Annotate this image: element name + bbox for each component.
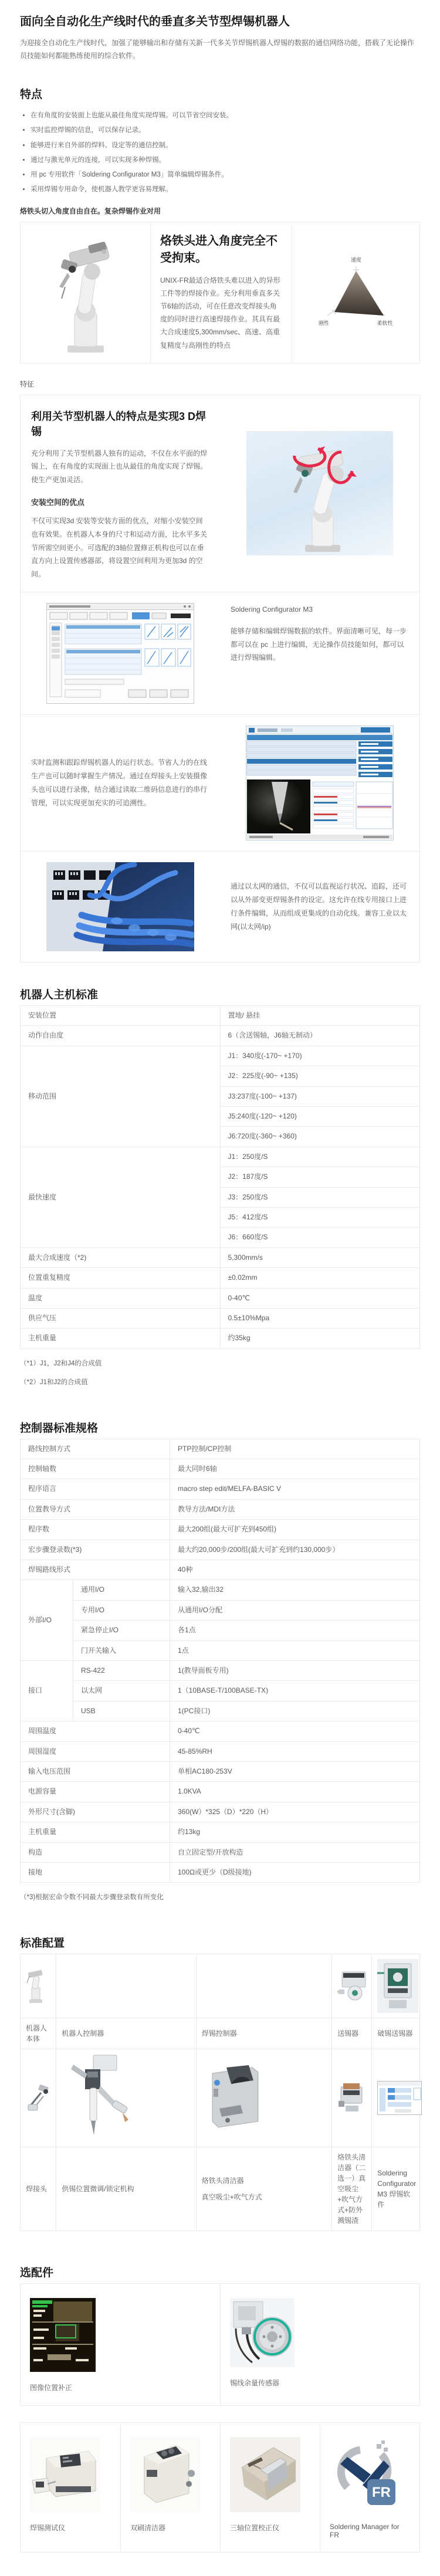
feature-card-body: UNIX-FR最适合烙铁头难以进入的异形工件等的焊接作业。充分利用垂直多关节6轴… <box>160 274 282 352</box>
table-row: 专用I/O从通用I/O分配 <box>21 1600 420 1620</box>
table-row: 焊锡路线形式40种 <box>21 1560 420 1580</box>
option-double-brush-cleaner: 双刷清洁器 <box>120 2423 220 2552</box>
controller-spec-table: 路线控制方式PTP控制/CP控制 控制轴数最大同时6轴 程序语言macro st… <box>20 1439 420 1883</box>
table-row: 周围湿度45-85%RH <box>21 1741 420 1761</box>
monitoring-software-screenshot <box>246 726 394 840</box>
table-row: 主机重量约35kg <box>21 1328 420 1348</box>
feature-bullet: 实时监控焊锡的信息，可以保存记录。 <box>31 126 420 135</box>
robot-spec-table: 安装位置置地/ 悬挂 动作自由度6（含送锡轴，J6轴无制动） 移动范围J1：34… <box>20 1005 420 1349</box>
feature-list: 在有角度的安装面上也能从最佳角度实现焊锡。可以节省空间安装。 实时监控焊锡的信息… <box>31 111 420 195</box>
row1-text: 利用关节型机器人的特点是实现3 D焊锡 充分利用了关节型机器人独有的运动，不仅在… <box>21 395 220 592</box>
table-row: 构造自立固定型/开放构造 <box>21 1842 420 1862</box>
footnote-2: （*2）J1和J2的合成值 <box>20 1377 420 1387</box>
option-caption: 锡线余量传感器 <box>230 2378 410 2388</box>
robot-rotation-photo <box>246 431 393 555</box>
feature-sub-caption: 烙铁头切入角度自由自在。复杂焊锡作业对用 <box>20 206 420 216</box>
characteristics-row-software: Soldering Configurator M3 能够存储和编辑焊锡数据的软件… <box>21 592 419 714</box>
tip-cleaner-2-thumb <box>332 2049 372 2147</box>
row1-p2: 不仅可实现3d 安装等安装方面的优点，对缩小安装空间也有效果。在机器人本身的尺寸… <box>31 514 209 581</box>
table-row <box>21 1954 420 2018</box>
break-solder-feeder-thumb <box>372 1954 420 2018</box>
empty-cell <box>56 1954 196 2018</box>
row1-subheading: 安装空间的优点 <box>31 496 209 507</box>
row3-image-cell <box>220 715 419 851</box>
row3-p1: 实时监测和跟踪焊锡机器人的运行状态。节省人力的在线生产也可以随时掌握生产情况。通… <box>31 756 209 809</box>
row1-title: 利用关节型机器人的特点是实现3 D焊锡 <box>31 408 209 439</box>
features-heading: 特点 <box>20 86 420 101</box>
table-row: 供应气压0.5±10%Mpa <box>21 1308 420 1328</box>
options-box-2: 焊锡测试仪 双刷清洁器 <box>20 2422 420 2553</box>
controller-spec-heading: 控制器标准规格 <box>20 1419 420 1435</box>
characteristics-row-3d: 利用关节型机器人的特点是实现3 D焊锡 充分利用了关节型机器人独有的运动，不仅在… <box>21 395 419 592</box>
option-3axis-calibrator: 三轴位置校正仪 <box>220 2423 320 2552</box>
ethernet-cables-photo <box>46 862 194 951</box>
option-caption: 双刷清洁器 <box>130 2523 211 2533</box>
option-caption: 三轴位置校正仪 <box>230 2523 310 2533</box>
solder-head-thumb <box>21 2049 56 2147</box>
feature-card-text: 烙铁头进入角度完全不受拘束。 UNIX-FR最适合烙铁头难以进入的异形工件等的焊… <box>150 222 292 363</box>
table-row: 位置重复精度±0.02mm <box>21 1268 420 1288</box>
robot-spec-heading: 机器人主机标准 <box>20 986 420 1002</box>
feature-bullet: 能够进行来自外部的焊料、设定等的通信控制。 <box>31 141 420 151</box>
solder-tester-photo <box>30 2437 100 2512</box>
table-row: USB1(PC接口) <box>21 1701 420 1721</box>
table-row: 宏步骤登录数(*3)最大约20,000步/200组(最大可扩充到约130,000… <box>21 1540 420 1560</box>
row1-p1: 充分利用了关节型机器人独有的运动，不仅在水平面的焊锡上，在有角度的实现面上也从最… <box>31 447 209 487</box>
config-caption: 破锡送锡器 <box>372 2018 420 2049</box>
row2-p1: 能够存储和编辑焊锡数据的软件。界面清晰可见，每一步都可以在 pc 上进行编辑，无… <box>231 625 409 665</box>
row4-text: 通过以太网的通信，不仅可以监视运行状况、追踪，还可以从外部变更焊锡条件的设定。这… <box>220 852 419 962</box>
table-row: 位置教导方式教导方法/MDI方法 <box>21 1499 420 1519</box>
table-row: 周围温度0-40℃ <box>21 1721 420 1741</box>
config-caption: 焊接头 <box>21 2147 56 2231</box>
robot-body-thumb <box>21 1954 56 2018</box>
table-row: 门开关输入1点 <box>21 1640 420 1660</box>
feature-bullet: 在有角度的安装面上也能从最佳角度实现焊锡。可以节省空间安装。 <box>31 111 420 121</box>
page-intro: 为迎接全自动化生产线时代，加强了能够输出和存储有关新一代多关节焊锡机器人焊锡的数… <box>20 37 420 62</box>
feature-bullet: 采用焊锡专用命令，使机器人教学更容易理解。 <box>31 185 420 195</box>
config-caption: 机器人控制器 <box>56 2018 196 2049</box>
table-row: 外形尺寸(含脚)360(W）*325（D）*220（H） <box>21 1802 420 1822</box>
tip-cleaner-thumb <box>196 2049 332 2147</box>
table-row: 程序数最大200组(最大可扩充到450组) <box>21 1520 420 1540</box>
option-image-correction: 图像位置补正 <box>21 2284 220 2405</box>
table-row: 路线控制方式PTP控制/CP控制 <box>21 1439 420 1459</box>
characteristics-row-monitor: 实时监测和跟踪焊锡机器人的运行状态。节省人力的在线生产也可以随时掌握生产情况。通… <box>21 714 419 851</box>
empty-cell <box>196 1954 332 2018</box>
characteristics-label: 特征 <box>20 379 420 389</box>
solder-feeder-thumb <box>332 1954 372 2018</box>
three-axis-calibrator-photo <box>230 2437 300 2512</box>
characteristics-row-ethernet: 通过以太网的通信，不仅可以监视运行状况、追踪，还可以从外部变更焊锡条件的设定。这… <box>21 851 419 962</box>
table-row: 焊接头 供锡位置微调/锁定机构 烙铁头清洁器 真空吸尘+吹气方式 烙铁头清洁器（… <box>21 2147 420 2231</box>
table-row: 控制轴数最大同时6轴 <box>21 1459 420 1479</box>
option-soldering-manager: FR Soldering Manager for FR <box>320 2423 419 2552</box>
page: 面向全自动化生产线时代的垂直多关节型焊锡机器人 为迎接全自动化生产线时代，加强了… <box>0 0 440 2576</box>
radar-axis-top: 速度 <box>350 256 361 263</box>
double-brush-cleaner-photo <box>130 2437 201 2512</box>
config-caption: 烙铁头清洁器 真空吸尘+吹气方式 <box>196 2147 332 2231</box>
fr-logo: FR <box>330 2437 400 2512</box>
options-heading: 选配件 <box>20 2264 420 2280</box>
feature-bullet: 通过与激光单元的连接，可以实现多种焊锡。 <box>31 155 420 165</box>
feature-card-title: 烙铁头进入角度完全不受拘束。 <box>160 233 282 267</box>
table-row: 机器人本体 机器人控制器 焊锡控制器 送锡器 破锡送锡器 <box>21 2018 420 2049</box>
config-caption: 供锡位置微调/锁定机构 <box>56 2147 196 2231</box>
config-caption: 机器人本体 <box>21 2018 56 2049</box>
row1-image-cell <box>220 395 419 592</box>
footnote-1: （*1）J1，J2和J4的合成值 <box>20 1358 420 1368</box>
radar-axis-right: 柔软性 <box>377 320 392 326</box>
options-box-1: 图像位置补正 锡线余量传感器 <box>20 2283 420 2406</box>
row2-title: Soldering Configurator M3 <box>231 603 409 616</box>
option-caption: 焊锡测试仪 <box>30 2523 111 2533</box>
vision-correction-photo <box>30 2298 96 2372</box>
robot-with-arrows-illustration <box>264 438 375 555</box>
table-row: 温度0-40℃ <box>21 1288 420 1308</box>
table-row: 外部I/O通用I/O输入32,输出32 <box>21 1580 420 1600</box>
feature-card: 烙铁头进入角度完全不受拘束。 UNIX-FR最适合烙铁头难以进入的异形工件等的焊… <box>20 222 420 364</box>
robot-arm-illustration <box>48 231 124 355</box>
radar-chart-svg: 速度 刚性 柔软性 <box>306 255 406 331</box>
table-row: 移动范围J1：340度(-170~ +170) <box>21 1046 420 1066</box>
feature-bullet: 用 pc 专用软件「Soldering Configurator M3」简单编辑… <box>31 170 420 180</box>
row3-text: 实时监测和跟踪焊锡机器人的运行状态。节省人力的在线生产也可以随时掌握生产情况。通… <box>21 715 220 851</box>
table-row <box>21 2049 420 2147</box>
radar-axis-left: 刚性 <box>318 320 329 326</box>
characteristics-box: 利用关节型机器人的特点是实现3 D焊锡 充分利用了关节型机器人独有的运动，不仅在… <box>20 395 420 962</box>
option-wire-sensor: 锡线余量传感器 <box>220 2284 419 2405</box>
table-row: 电源容量1.0KVA <box>21 1782 420 1802</box>
table-row: 以太网1（10BASE-T/100BASE-TX) <box>21 1681 420 1701</box>
feed-adjust-mechanism-thumb <box>56 2049 196 2147</box>
config-caption: 送锡器 <box>332 2018 372 2049</box>
row2-image-cell <box>21 592 220 714</box>
table-row: 紧急停止I/O各1点 <box>21 1621 420 1640</box>
table-row: 接口RS-4221(教导面板专用) <box>21 1661 420 1681</box>
page-title: 面向全自动化生产线时代的垂直多关节型焊锡机器人 <box>20 12 420 29</box>
robot-photo <box>21 222 150 363</box>
radar-chart: 速度 刚性 柔软性 <box>292 222 419 363</box>
option-solder-tester: 焊锡测试仪 <box>21 2423 120 2552</box>
table-row: 主机重量约13kg <box>21 1822 420 1842</box>
option-caption: Soldering Manager for FR <box>330 2523 410 2539</box>
table-row: 最大合成速度（*2)5,300mm/s <box>21 1248 420 1267</box>
config-caption: Soldering Configurator M3 焊锡软件 <box>372 2147 420 2231</box>
option-caption: 图像位置补正 <box>30 2382 211 2392</box>
config-caption: 焊锡控制器 <box>196 2018 332 2049</box>
table-row: 安装位置置地/ 悬挂 <box>21 1006 420 1026</box>
footnote-3: （*3)根据宏命令数不同最大步骤登录数有所变化 <box>20 1892 420 1902</box>
config-caption: 烙铁头清洁器（二选一）真空吸尘+吹气方式+防外溅锡渣 <box>332 2147 372 2231</box>
solder-wire-sensor-photo <box>230 2298 295 2367</box>
row4-p1: 通过以太网的通信，不仅可以监视运行状况、追踪，还可以从外部变更焊锡条件的设定。这… <box>231 880 409 933</box>
soldering-configurator-screenshot <box>46 603 194 704</box>
table-row: 最快速度J1：250度/S <box>21 1147 420 1167</box>
standard-config-table: 机器人本体 机器人控制器 焊锡控制器 送锡器 破锡送锡器 <box>20 1954 420 2231</box>
table-row: 程序语言macro step edit/MELFA-BASIC V <box>21 1479 420 1499</box>
row4-image-cell <box>21 852 220 962</box>
row2-text: Soldering Configurator M3 能够存储和编辑焊锡数据的软件… <box>220 592 419 714</box>
configurator-software-thumb <box>372 2049 420 2147</box>
table-row: 动作自由度6（含送锡轴，J6轴无制动） <box>21 1026 420 1046</box>
fr-logo-text: FR <box>372 2485 391 2500</box>
table-row: 输入电压范围单相AC180-253V <box>21 1761 420 1781</box>
table-row: 接地100Ω或更少（D级接地) <box>21 1862 420 1882</box>
standard-config-heading: 标准配置 <box>20 1934 420 1950</box>
